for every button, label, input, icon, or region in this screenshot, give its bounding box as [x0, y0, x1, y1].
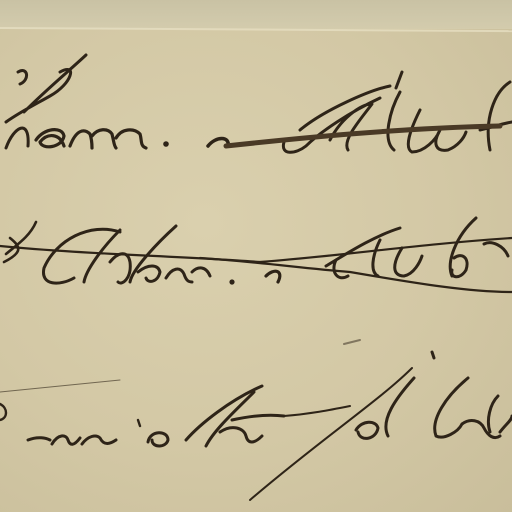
line-3-handwriting [0, 352, 512, 500]
paper-faint-line [0, 380, 120, 392]
line-2-strikethrough-upper [0, 238, 512, 262]
handwriting-ink [0, 0, 512, 512]
line-2-strikethrough-lower [200, 258, 512, 292]
paper-stain [344, 340, 360, 344]
line-1-handwriting [6, 55, 512, 152]
